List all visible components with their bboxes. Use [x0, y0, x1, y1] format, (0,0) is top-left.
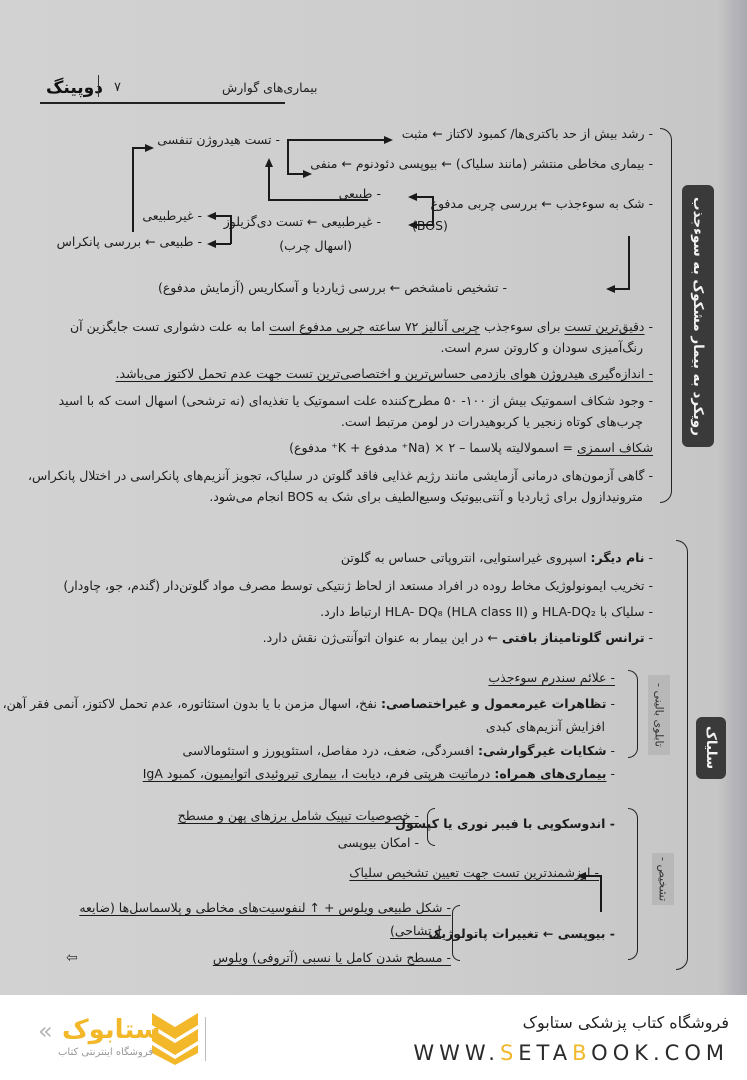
arrow-line [416, 224, 434, 226]
arrow-line [287, 139, 387, 141]
brand-logo: دوپینگ [46, 78, 103, 98]
flow-abnormal-2: - غیرطبیعی [142, 210, 202, 223]
section2-brace [676, 540, 688, 970]
chapter-title: بیماری‌های گوارش [222, 80, 317, 95]
arrow-right-icon [303, 170, 312, 178]
para-therapeutic-trials-cont: مترونیدازول برای ژیاردیا و آنتی‌بیوتیک و… [209, 491, 643, 504]
arrow-right-icon [145, 144, 154, 152]
para-gold-standard-cont: رنگ‌آمیزی سودان و کاروتن سرم است. [440, 342, 643, 355]
header-rule [40, 102, 285, 104]
para-therapeutic-trials: - گاهی آزمون‌های درمانی آزمایشی مانند رژ… [28, 470, 653, 483]
arrow-left-icon [207, 240, 216, 248]
para-osmotic-gap-cont: چرب‌های کوتاه زنجیر یا کربوهیدرات در لوم… [341, 416, 643, 429]
book-page: دوپینگ ۷ بیماری‌های گوارش رویکرد به بیما… [0, 0, 747, 995]
arrow-line [416, 196, 434, 198]
para-osmotic-gap: - وجود شکاف اسموتیک بیش از ۱۰۰- ۵۰ مطرح‌… [59, 395, 653, 408]
diagnosis-brace [628, 808, 638, 960]
clinical-tab: - تابلوی بالینی [648, 675, 670, 755]
clinical-brace [628, 670, 638, 758]
diag-endo-features: - خصوصیات تیپیک شامل برزهای پهن و مسطح [178, 810, 419, 823]
celiac-other-name: - نام دیگر: اسپروی غیراستوایی، انتروپاتی… [341, 552, 653, 565]
store-name: فروشگاه کتاب پزشکی ستابوک [523, 1013, 729, 1032]
page-number: ۷ [114, 80, 121, 95]
flow-bacterial-overgrowth: - رشد بیش از حد باکتری‌ها/ کمبود لاکتاز … [402, 128, 653, 141]
arrow-line [287, 139, 289, 175]
arrow-line [230, 215, 232, 244]
store-footer: فروشگاه کتاب پزشکی ستابوک WWW.SETABOOK.C… [0, 995, 747, 1080]
arrow-line [132, 147, 134, 232]
clinical-comorbidities: - بیماری‌های همراه: درماتیت هرپتی فرم، د… [143, 768, 615, 781]
continue-arrow-icon: ⇦ [66, 950, 78, 966]
flow-mucosal-disease: - بیماری مخاطی منتشر (مانند سلیاک) ← بیو… [310, 158, 653, 171]
section2-tab: سلیاک [696, 717, 726, 779]
arrow-line [432, 196, 434, 226]
biopsy-brace [452, 905, 460, 961]
flow-bos: (BOS) [412, 220, 448, 233]
arrow-line [600, 875, 602, 912]
para-hydrogen-breath: - اندازه‌گیری هیدروژن هوای بازدمی حساس‌ت… [116, 368, 653, 381]
arrow-line [614, 288, 630, 290]
double-chevron-icon: « [38, 1017, 53, 1045]
section2-tab-label: سلیاک [703, 726, 719, 769]
diag-path-2: - مسطح شدن کامل یا نسبی (آتروفی) ویلوس [213, 952, 451, 965]
section1-brace [660, 128, 672, 503]
diag-path-1-cont: ارتشاحی) [390, 925, 441, 938]
setabook-logo: ستابوک [62, 1015, 161, 1045]
arrow-line [628, 236, 630, 290]
arrow-left-icon [408, 221, 417, 229]
flow-abnormal-1: - غیرطبیعی ← تست دی‌گزیلوز [224, 216, 381, 229]
arrow-line [268, 166, 270, 201]
arrow-line [215, 215, 231, 217]
diagnosis-tab: - تشخیص [652, 853, 674, 905]
diag-endo-biopsy: - امکان بیوپسی [338, 837, 419, 850]
flow-steatorrhea: (اسهال چرب) [279, 240, 352, 253]
arrow-right-icon [384, 136, 393, 144]
flow-suspected-malabsorption: - شک به سوءجذب ← بررسی چربی مدفوع [431, 198, 653, 211]
diag-path-1: - شکل طبیعی ویلوس + ↑ لنفوسیت‌های مخاطی … [79, 902, 451, 915]
clinical-atypical: - تظاهرات غیرمعمول و غیراختصاصی: نفخ، اس… [3, 698, 615, 711]
arrow-up-icon [265, 158, 273, 167]
clinical-atypical-cont: افزایش آنزیم‌های کبدی [486, 721, 605, 734]
arrow-line [585, 875, 602, 877]
setabook-tagline: فروشگاه اینترنتی کتاب [58, 1047, 153, 1058]
osmotic-gap-formula: شکاف اسمزی = اسمولالیته پلاسما – ۲ × (Na… [289, 442, 653, 455]
store-url[interactable]: WWW.SETABOOK.COM [413, 1041, 729, 1065]
endoscopy-brace [427, 808, 435, 846]
clinical-extraintestinal: - شکایات غیرگوارشی: افسردگی، ضعف، درد مف… [183, 745, 615, 758]
celiac-ttg: - ترانس گلوتامیناز بافتی ← در این بیمار … [263, 632, 653, 645]
celiac-pathogenesis: - تخریب ایمونولوژیک مخاط روده در افراد م… [63, 580, 653, 593]
arrow-line [268, 199, 368, 201]
section1-tab-label: رویکرد به بیمار مشکوک به سوءجذب [690, 197, 706, 436]
section1-tab: رویکرد به بیمار مشکوک به سوءجذب [682, 185, 714, 447]
arrow-left-icon [577, 872, 586, 880]
diag-most-valuable: - ارزشمندترین تست جهت تعیین تشخیص سلیاک [349, 867, 599, 880]
arrow-left-icon [606, 285, 615, 293]
logo-divider [205, 1017, 206, 1061]
arrow-left-icon [207, 212, 216, 220]
arrow-line [215, 243, 231, 245]
para-gold-standard: - دقیق‌ترین تست برای سوءجذب چربی آنالیز … [70, 321, 653, 334]
celiac-hla: - سلیاک با HLA-DQ₂ و HLA- DQ₈ (HLA class… [320, 606, 653, 619]
clinical-malabsorption: - علائم سندرم سوءجذب [488, 672, 615, 685]
flow-undiagnosed: - تشخیص نامشخص ← بررسی ژیاردیا و آسکاریس… [158, 282, 507, 295]
flow-h2-breath-test: - تست هیدروژن تنفسی [157, 134, 280, 147]
arrow-left-icon [408, 193, 417, 201]
flow-normal-2: - طبیعی ← بررسی پانکراس [57, 236, 202, 249]
header-separator [98, 75, 99, 97]
